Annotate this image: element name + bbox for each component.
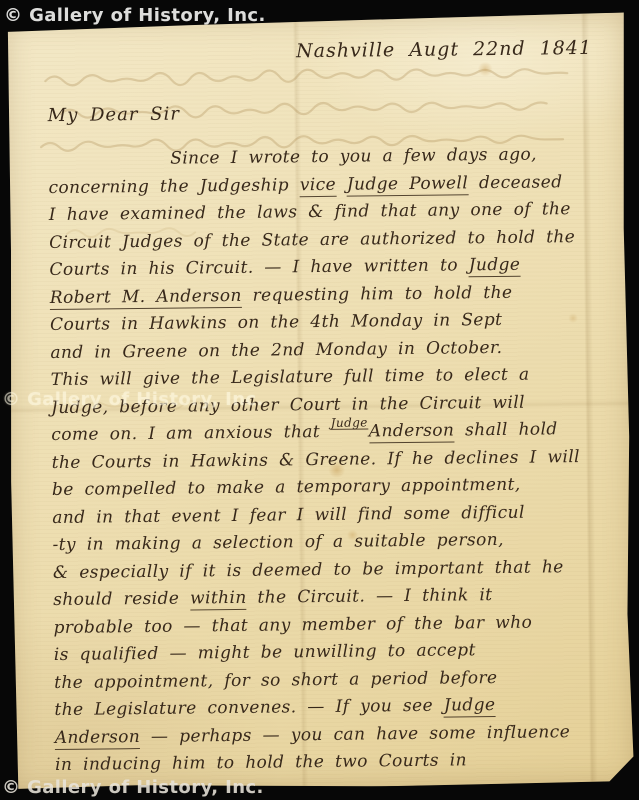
letter-text: the Courts in Hawkins & Greene. If he de… xyxy=(52,447,581,473)
watermark-top: © Gallery of History, Inc. xyxy=(4,5,266,26)
underlined-word: within xyxy=(190,588,247,611)
letter-salutation: My Dear Sir xyxy=(48,104,180,126)
letter-text: the Circuit. — I think it xyxy=(247,585,493,608)
underlined-word: Judge Powell xyxy=(347,173,469,196)
interlined-word: Judge xyxy=(331,416,368,429)
letter-text: -ty in making a selection of a suitable … xyxy=(52,530,504,555)
letter-text: I have examined the laws & find that any… xyxy=(49,199,571,225)
letter-text: Courts in Hawkins on the 4th Monday in S… xyxy=(50,310,502,335)
letter-text: requesting him to hold the xyxy=(242,282,513,305)
letter-text: and in that event I fear I will find som… xyxy=(52,502,525,527)
letter-dateline: Nashville Augt 22nd 1841 xyxy=(296,37,592,62)
underlined-word: Anderson xyxy=(369,420,455,443)
letter-text xyxy=(336,174,347,194)
letter-line: in inducing him to hold the two Courts i… xyxy=(55,746,618,780)
letter-text: Courts in his Circuit. — I have written … xyxy=(49,255,468,280)
letter-text: and in Greene on the 2nd Monday in Octob… xyxy=(50,337,502,362)
underlined-word: vice xyxy=(300,174,336,196)
letter-text: deceased xyxy=(468,172,563,193)
letter-text: This will give the Legislature full time… xyxy=(51,365,530,390)
letter-body: Since I wrote to you a few days ago,conc… xyxy=(48,141,618,780)
letter-text: Judge, before any other Court in the Cir… xyxy=(51,392,525,417)
letter-text: the Legislature convenes. — If you see xyxy=(54,696,444,720)
letter-text: in inducing him to hold the two Courts i… xyxy=(55,750,467,775)
letter-text: come on. I am anxious that xyxy=(51,422,331,445)
letter-text: shall hold xyxy=(454,419,558,440)
letter-text: & especially if it is deemed to be impor… xyxy=(53,557,564,583)
scanned-letter-image: Nashville Augt 22nd 1841 My Dear Sir Sin… xyxy=(0,0,639,800)
letter-text: be compelled to make a temporary appoint… xyxy=(52,475,521,500)
letter-text: — perhaps — you can have some influence xyxy=(140,722,570,747)
letter-text: the appointment, for so short a period b… xyxy=(54,667,497,692)
letter-paper: Nashville Augt 22nd 1841 My Dear Sir Sin… xyxy=(5,13,635,791)
letter-text: is qualified — might be unwilling to acc… xyxy=(54,640,476,665)
letter-content: Nashville Augt 22nd 1841 My Dear Sir Sin… xyxy=(5,13,635,791)
letter-text: probable too — that any member of the ba… xyxy=(53,612,532,637)
letter-text: concerning the Judgeship xyxy=(48,175,299,198)
underlined-word: Judge xyxy=(444,695,496,718)
underlined-word: Robert M. Anderson xyxy=(50,285,242,309)
letter-text: Circuit Judges of the State are authoriz… xyxy=(49,227,575,253)
letter-text: Since I wrote to you a few days ago, xyxy=(170,145,537,169)
underlined-word: Judge xyxy=(469,255,521,278)
letter-text: should reside xyxy=(53,588,190,610)
underlined-word: Anderson xyxy=(55,727,141,750)
